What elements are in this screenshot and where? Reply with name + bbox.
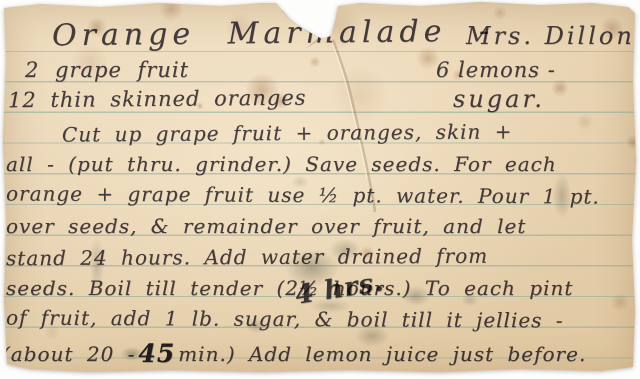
instruction-line: orange + grape fruit use ½ pt. water. Po… (6, 181, 600, 208)
instruction-line: over seeds, & remainder over fruit, and … (6, 214, 526, 238)
final-line-suffix: min.) Add lemon juice just before. (178, 342, 586, 366)
correction-jell-time: 45 (138, 339, 175, 368)
final-line-prefix: (about 20 - (2, 342, 135, 366)
instruction-line: all - (put thru. grinder.) Save seeds. F… (6, 152, 557, 176)
recipe-title: Orange Marmalade - (52, 14, 494, 54)
ingredient-oranges: 12 thin skinned oranges (8, 86, 307, 113)
ingredient-lemons: 6 lemons - (436, 58, 556, 82)
ingredient-grapefruit: 2 grape fruit (25, 58, 189, 82)
instruction-line-final: (about 20 -45min.) Add lemon juice just … (2, 338, 586, 367)
instruction-line: Cut up grape fruit + oranges, skin + (62, 119, 513, 146)
recipe-card: Orange Marmalade - Mrs. Dillon 2 grape f… (0, 0, 640, 379)
card-wrapper: Orange Marmalade - Mrs. Dillon 2 grape f… (0, 0, 640, 379)
instruction-line: seeds. Boil till tender (2½ hours.) To e… (6, 276, 573, 300)
instruction-line: stand 24 hours. Add water drained from (6, 244, 488, 271)
scanned-recipe-photo: Orange Marmalade - Mrs. Dillon 2 grape f… (0, 0, 640, 379)
attribution: Mrs. Dillon (466, 22, 635, 50)
ingredient-sugar: sugar. (453, 85, 545, 113)
instruction-line: of fruit, add 1 lb. sugar, & boil till i… (6, 306, 564, 333)
